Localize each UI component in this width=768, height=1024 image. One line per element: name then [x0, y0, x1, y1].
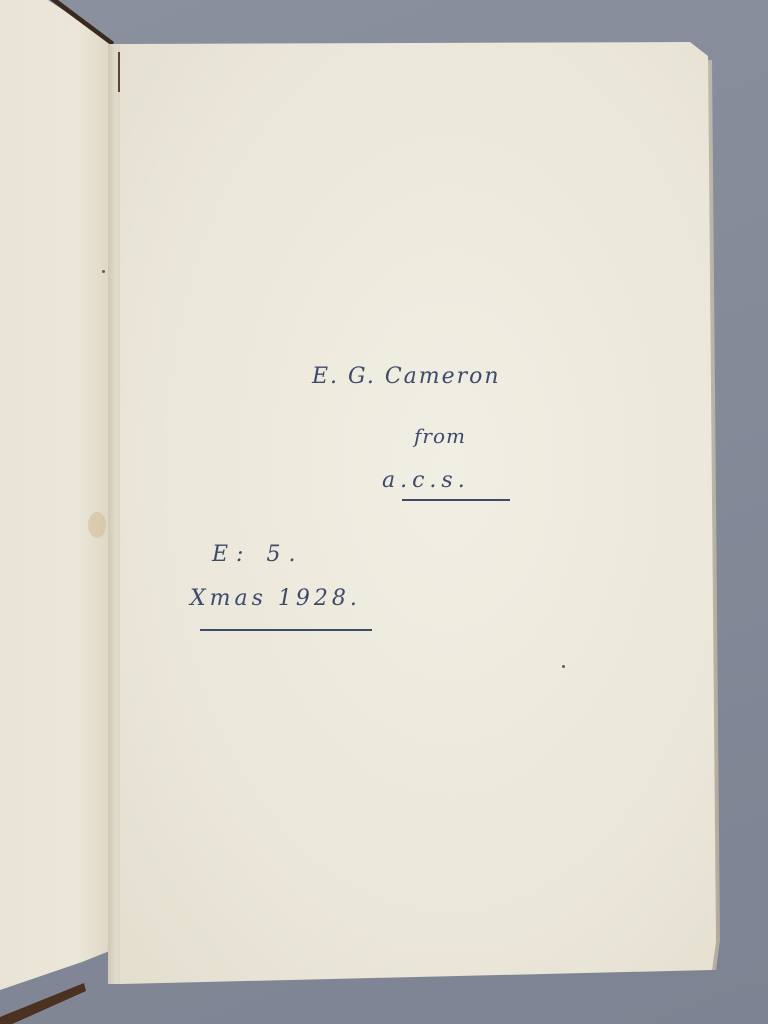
inscription-reference: E: 5.: [212, 542, 303, 567]
date-underline: [200, 629, 372, 631]
flyleaf-page: [120, 42, 718, 984]
left-page: [0, 0, 112, 990]
inscription-from: from: [414, 424, 466, 448]
book-photo: E. G. Cameron from a.c.s. E: 5. Xmas 192…: [0, 0, 768, 1024]
inscription-initials: a.c.s.: [382, 468, 470, 493]
paper-speck: [102, 270, 105, 273]
inscription-date: Xmas 1928.: [190, 586, 361, 611]
initials-underline: [402, 499, 510, 501]
inscription-name: E. G. Cameron: [312, 364, 501, 389]
foxing-stain: [88, 512, 106, 538]
paper-speck: [562, 665, 565, 668]
